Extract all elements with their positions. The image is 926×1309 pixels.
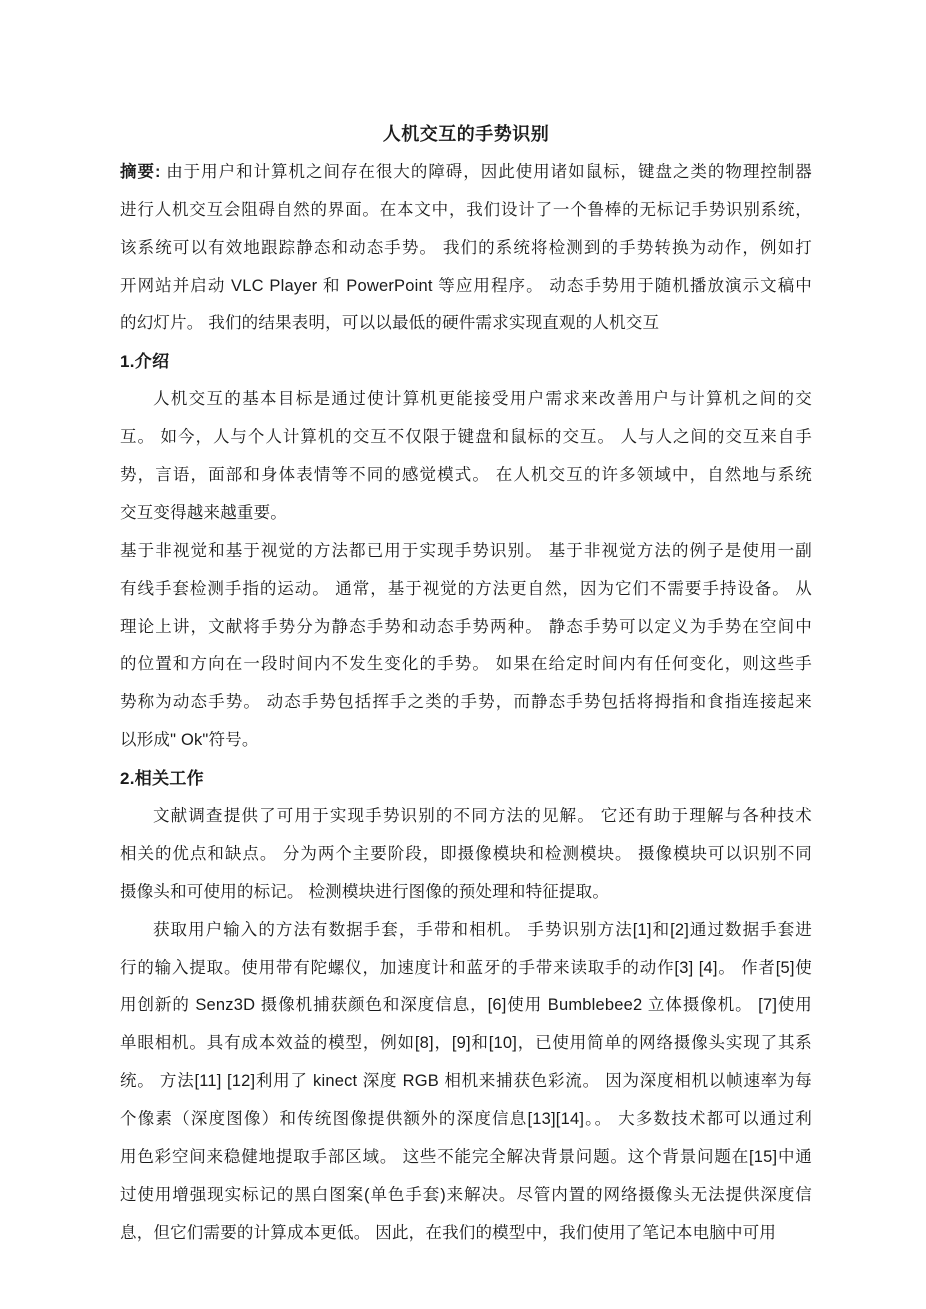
text-line: 基于非视觉和基于视觉的方法都已用于实现手势识别。 基于非视觉方法的例子是使用一副 bbox=[120, 533, 812, 571]
abstract-line: 进行人机交互会阻碍自然的界面。在本文中，我们设计了一个鲁棒的无标记手势识别系统， bbox=[120, 192, 812, 230]
text-line: 统。 方法[11] [12]利用了 kinect 深度 RGB 相机来捕获色彩流… bbox=[120, 1063, 812, 1101]
text-line: 相关的优点和缺点。 分为两个主要阶段，即摄像模块和检测模块。 摄像模块可以识别不… bbox=[120, 836, 812, 874]
text-line: 个像素（深度图像）和传统图像提供额外的深度信息[13][14]。。 大多数技术都… bbox=[120, 1101, 812, 1139]
text-line: 人机交互的基本目标是通过使计算机更能接受用户需求来改善用户与计算机之间的交 bbox=[120, 381, 812, 419]
text-line: 有线手套检测手指的运动。 通常，基于视觉的方法更自然，因为它们不需要手持设备。 … bbox=[120, 571, 812, 609]
section-heading-introduction: 1.介绍 bbox=[120, 343, 812, 381]
text-line: 息，但它们需要的计算成本更低。 因此，在我们的模型中，我们使用了笔记本电脑中可用 bbox=[120, 1215, 812, 1253]
text-line: 用创新的 Senz3D 摄像机捕获颜色和深度信息，[6]使用 Bumblebee… bbox=[120, 987, 812, 1025]
abstract-line: 开网站并启动 VLC Player 和 PowerPoint 等应用程序。 动态… bbox=[120, 268, 812, 306]
text-line: 交互变得越来越重要。 bbox=[120, 495, 812, 533]
text-line: 摄像头和可使用的标记。 检测模块进行图像的预处理和特征提取。 bbox=[120, 874, 812, 912]
text-line: 行的输入提取。使用带有陀螺仪，加速度计和蓝牙的手带来读取手的动作[3] [4]。… bbox=[120, 950, 812, 988]
section-heading-related-work: 2.相关工作 bbox=[120, 760, 812, 798]
text-line: 互。 如今，人与个人计算机的交互不仅限于键盘和鼠标的交互。 人与人之间的交互来自… bbox=[120, 419, 812, 457]
text-line: 过使用增强现实标记的黑白图案(单色手套)来解决。尽管内置的网络摄像头无法提供深度… bbox=[120, 1177, 812, 1215]
text-line: 文献调查提供了可用于实现手势识别的不同方法的见解。 它还有助于理解与各种技术 bbox=[120, 798, 812, 836]
text-line: 获取用户输入的方法有数据手套，手带和相机。 手势识别方法[1]和[2]通过数据手… bbox=[120, 912, 812, 950]
abstract-line: 该系统可以有效地跟踪静态和动态手势。 我们的系统将检测到的手势转换为动作，例如打 bbox=[120, 230, 812, 268]
text-line: 势称为动态手势。 动态手势包括挥手之类的手势，而静态手势包括将拇指和食指连接起来 bbox=[120, 684, 812, 722]
page-title: 人机交互的手势识别 bbox=[120, 116, 812, 154]
text-line: 用色彩空间来稳健地提取手部区域。 这些不能完全解决背景问题。这个背景问题在[15… bbox=[120, 1139, 812, 1177]
abstract-line: 摘要: 由于用户和计算机之间存在很大的障碍，因此使用诸如鼠标，键盘之类的物理控制… bbox=[120, 154, 812, 192]
text-line: 势，言语，面部和身体表情等不同的感觉模式。 在人机交互的许多领域中，自然地与系统 bbox=[120, 457, 812, 495]
text-line: 以形成" Ok"符号。 bbox=[120, 722, 812, 760]
abstract-line: 的幻灯片。 我们的结果表明，可以以最低的硬件需求实现直观的人机交互 bbox=[120, 305, 812, 343]
abstract-label: 摘要: bbox=[120, 163, 166, 181]
abstract-text: 由于用户和计算机之间存在很大的障碍，因此使用诸如鼠标，键盘之类的物理控制器 bbox=[166, 163, 812, 181]
text-line: 单眼相机。具有成本效益的模型，例如[8]，[9]和[10]，已使用简单的网络摄像… bbox=[120, 1025, 812, 1063]
text-line: 的位置和方向在一段时间内不发生变化的手势。 如果在给定时间内有任何变化，则这些手 bbox=[120, 646, 812, 684]
text-line: 理论上讲，文献将手势分为静态手势和动态手势两种。 静态手势可以定义为手势在空间中 bbox=[120, 609, 812, 647]
document-page: 人机交互的手势识别 摘要: 由于用户和计算机之间存在很大的障碍，因此使用诸如鼠标… bbox=[0, 0, 926, 1309]
